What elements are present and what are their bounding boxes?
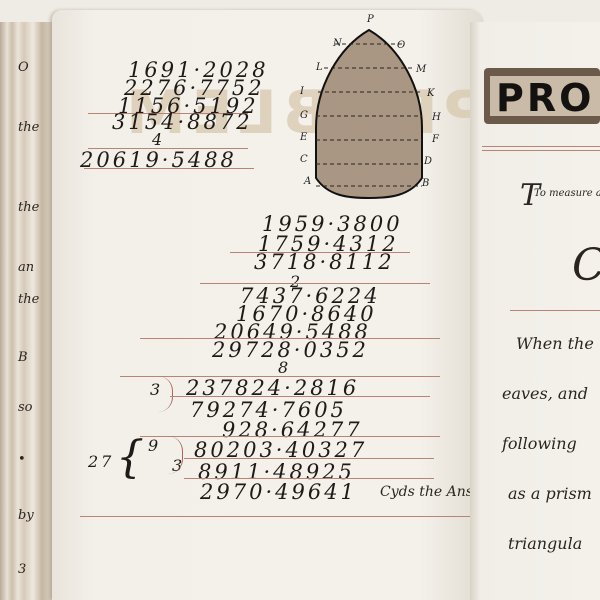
edge-fragment: • xyxy=(18,452,26,467)
diagram-label: D xyxy=(424,156,432,167)
diagram-label: M xyxy=(416,64,426,75)
edge-fragment: so xyxy=(18,400,33,415)
edge-fragment: the xyxy=(18,200,39,215)
answer-note: Cyds the Ans. xyxy=(380,484,477,500)
calc-row: 3718·8112 xyxy=(254,250,395,274)
calc-row: 4 xyxy=(152,130,165,149)
page-edges: O the the an the B so • by 3 xyxy=(0,22,60,600)
body-line: as a prism xyxy=(508,484,592,503)
ruled-line xyxy=(170,396,430,397)
diagram-label: G xyxy=(300,110,308,121)
decorative-initial: C xyxy=(572,240,600,291)
ogive-diagram xyxy=(310,28,428,200)
ruled-line xyxy=(184,458,434,459)
ruled-line xyxy=(482,146,600,147)
ruled-line xyxy=(84,168,254,169)
diagram-label: H xyxy=(432,112,441,123)
edge-fragment: B xyxy=(18,350,28,365)
diagram-label: B xyxy=(422,178,429,189)
diagram-label: E xyxy=(300,132,307,143)
ruled-line xyxy=(482,150,600,151)
factor: 27 xyxy=(88,452,114,471)
diagram-label: O xyxy=(397,40,405,51)
ruled-line xyxy=(184,478,434,479)
divisor: 9 xyxy=(148,436,161,455)
diagram-label: K xyxy=(427,88,434,99)
diagram-label: A xyxy=(304,176,311,187)
diagram-label: F xyxy=(432,134,439,145)
body-line: When the xyxy=(516,334,594,353)
edge-fragment: 3 xyxy=(18,562,26,577)
diagram-label: P xyxy=(367,14,374,25)
calc-row: 8 xyxy=(278,358,291,377)
ruled-line xyxy=(140,436,440,437)
edge-fragment: O xyxy=(18,60,29,75)
edge-fragment: the xyxy=(18,292,39,307)
calc-result: 2970·49641 xyxy=(200,480,357,504)
body-line: eaves, and xyxy=(502,384,588,403)
diagram-label: I xyxy=(300,86,304,97)
diagram-label: L xyxy=(316,62,323,73)
ruled-line xyxy=(510,310,600,311)
banner-title: PRO xyxy=(496,76,594,120)
edge-fragment: the xyxy=(18,120,39,135)
body-line: following xyxy=(502,434,577,453)
edge-fragment: by xyxy=(18,508,34,523)
ruled-line xyxy=(80,516,480,517)
photograph: O the the an the B so • by 3 PROBLEM 169… xyxy=(0,0,600,600)
intro-text: To measure a xyxy=(534,188,600,199)
edge-fragment: an xyxy=(18,260,34,275)
curly-bracket: { xyxy=(116,432,144,483)
body-line: triangula xyxy=(508,534,582,553)
calc-row: 3154·8872 xyxy=(112,110,253,134)
diagram-label: N xyxy=(333,38,342,49)
diagram-label: C xyxy=(300,154,308,165)
